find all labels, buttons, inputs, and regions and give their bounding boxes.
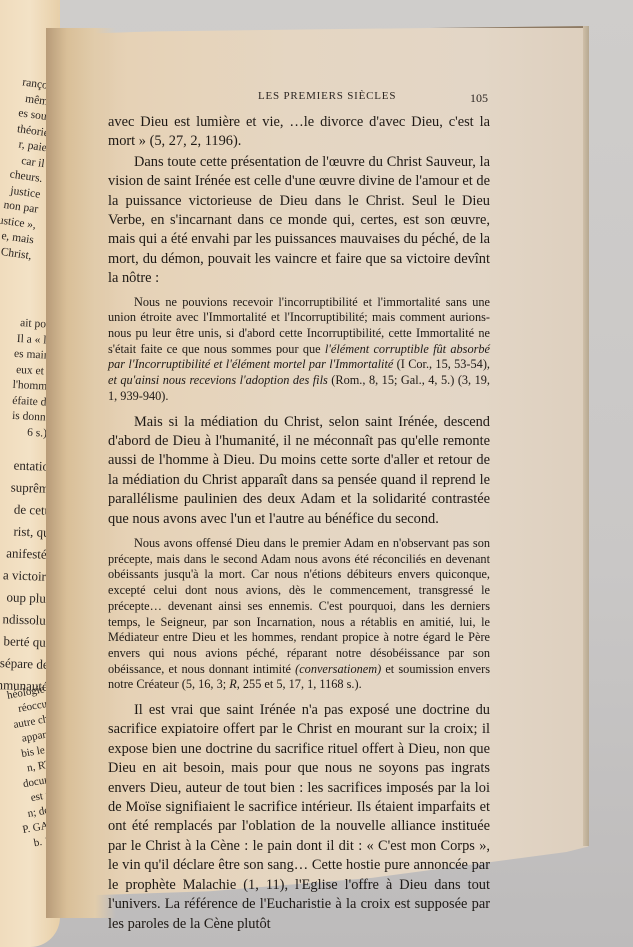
block-quote-deux-adam: Nous avons offensé Dieu dans le premier … — [108, 536, 490, 693]
page-number: 105 — [470, 91, 488, 106]
fragment-line: ndissolu- — [0, 608, 51, 632]
page-body: avec Dieu est lumière et vie, …le divorc… — [108, 113, 490, 934]
fragment-line: anifestée — [0, 542, 53, 566]
quote-italic: et qu'ainsi nous recevions l'adoption de… — [108, 373, 328, 387]
fragment-line: a victoire — [0, 564, 52, 588]
quote-citation: (I Cor., 15, 53-54), — [393, 357, 490, 371]
paragraph-continuation: avec Dieu est lumière et vie, …le divorc… — [108, 113, 490, 152]
book-gutter-shadow — [46, 28, 116, 918]
paragraph-mediation: Mais si la médiation du Christ, selon sa… — [108, 413, 490, 529]
running-head: LES PREMIERS SIÈCLES 105 — [110, 90, 488, 106]
quote-italic: (conversationem) — [295, 662, 381, 676]
quote-italic: R — [229, 677, 237, 691]
fragment-line: 6 s.). — [10, 424, 51, 442]
fragment-line: berté qui — [0, 630, 50, 654]
paragraph-sacrifice: Il est vrai que saint Irénée n'a pas exp… — [108, 701, 490, 934]
running-head-title: LES PREMIERS SIÈCLES — [258, 90, 396, 102]
paragraph-christ-sauveur: Dans toute cette présentation de l'œuvre… — [108, 153, 490, 289]
quote-citation: , 255 et 5, 17, 1, 1168 s.). — [237, 677, 362, 691]
quote-text: Nous avons offensé Dieu dans le premier … — [108, 536, 490, 676]
fragment-line: sépare de — [0, 652, 49, 676]
page-stack-edge — [583, 26, 589, 846]
fragment-line: oup plus — [0, 586, 51, 610]
block-quote-incorruptibilite: Nous ne pouvions recevoir l'incorruptibi… — [108, 295, 490, 405]
